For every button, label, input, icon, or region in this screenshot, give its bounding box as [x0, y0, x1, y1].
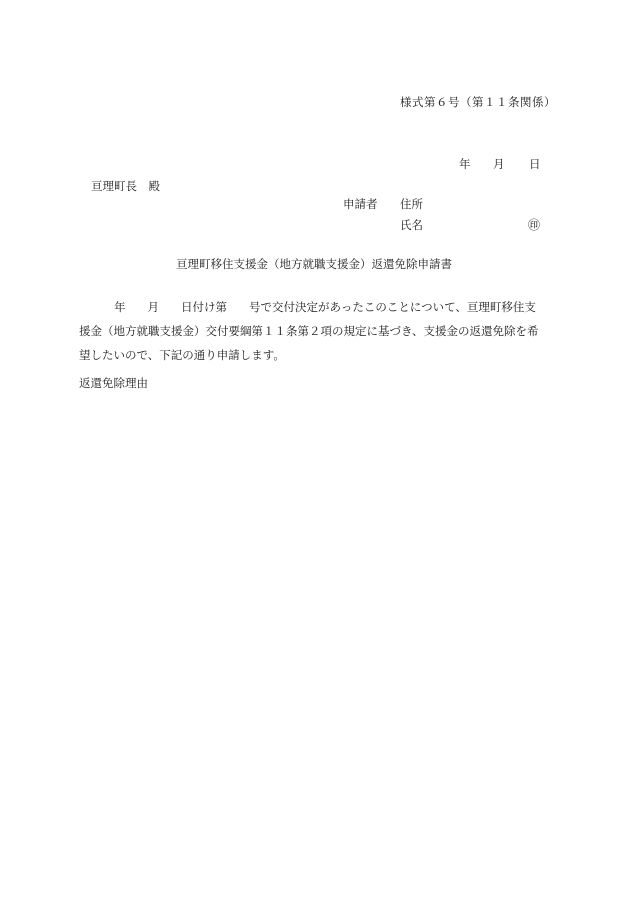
date-month-label: 月: [493, 159, 505, 171]
body-day-label: 日付け第: [181, 300, 227, 314]
reason-label: 返還免除理由: [79, 378, 148, 390]
name-label: 氏名: [400, 220, 423, 232]
address-label: 住所: [400, 199, 423, 211]
form-number: 様式第６号（第１１条関係）: [400, 97, 556, 109]
addressee: 亘理町長 殿: [91, 181, 160, 193]
body-paragraph: 年月日付け第号で交付決定があったこのことについて、亘理町移住支 援金（地方就職支…: [79, 295, 549, 367]
date-day-label: 日: [529, 159, 541, 171]
document-page: 様式第６号（第１１条関係） 年 月 日 亘理町長 殿 申請者 住所 氏名 ㊞ 亘…: [0, 0, 630, 903]
document-title: 亘理町移住支援金（地方就職支援金）返還免除申請書: [176, 259, 452, 271]
applicant-label: 申請者: [343, 199, 378, 211]
body-line-1: 年月日付け第号で交付決定があったこのことについて、亘理町移住支: [79, 295, 549, 319]
body-line-2: 援金（地方就職支援金）交付要綱第１１条第２項の規定に基づき、支援金の返還免除を希: [79, 319, 549, 343]
body-line-3: 望したいので、下記の通り申請します。: [79, 343, 549, 367]
body-line-1-text: 号で交付決定があったこのことについて、亘理町移住支: [249, 300, 536, 314]
seal-icon: ㊞: [528, 219, 540, 231]
body-year-label: 年: [114, 300, 126, 314]
date-year-label: 年: [459, 159, 471, 171]
body-month-label: 月: [148, 300, 160, 314]
